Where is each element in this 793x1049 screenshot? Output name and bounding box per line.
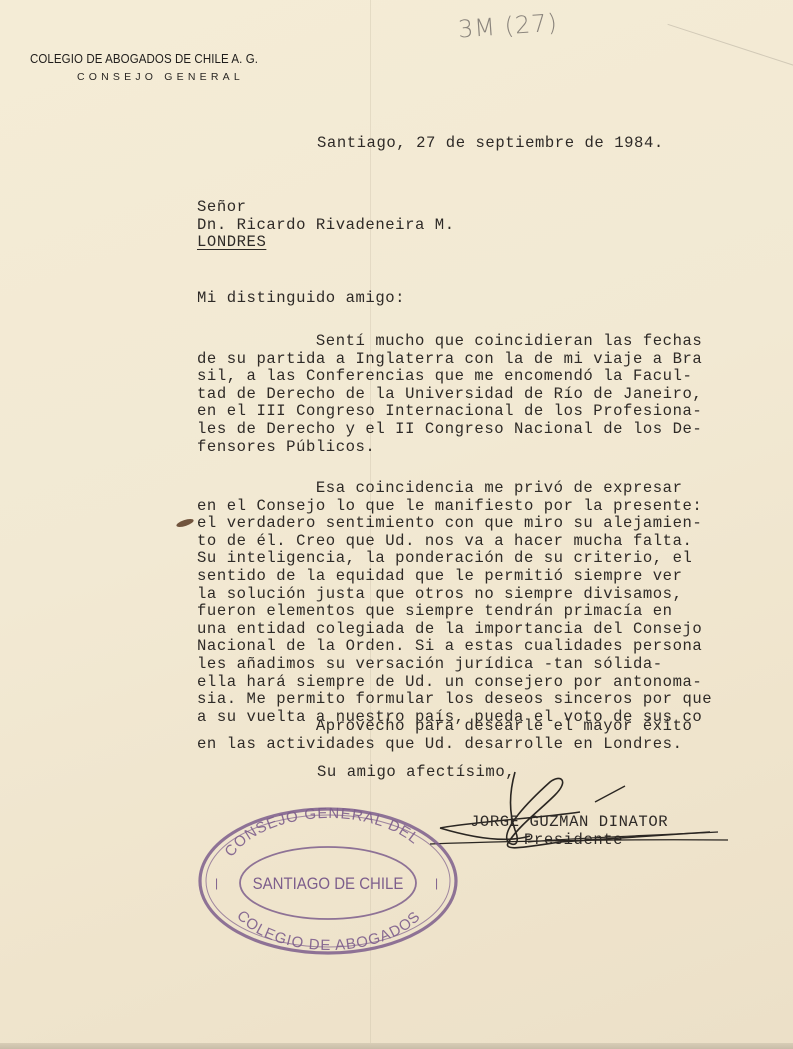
body-line: Sentí mucho que coincidieran las fechas: [197, 332, 702, 350]
page-corner-curl: [667, 0, 793, 74]
body-line: Nacional de la Orden. Si a estas cualida…: [197, 637, 702, 655]
recipient-address: Señor Dn. Ricardo Rivadeneira M. LONDRES: [197, 199, 455, 252]
letterhead-department: CONSEJO GENERAL: [77, 71, 244, 83]
stamp-left-mark: |: [215, 876, 218, 890]
body-paragraph-2: Esa coincidencia me privó de expresar en…: [197, 480, 712, 726]
stamp-top-text: CONSEJO GENERAL DEL: [221, 805, 422, 860]
body-line: la solución justa que otros no siempre d…: [197, 585, 682, 603]
body-line: tad de Derecho de la Universidad de Río …: [197, 385, 702, 403]
body-line: en las actividades que Ud. desarrolle en…: [197, 735, 682, 753]
date-line: Santiago, 27 de septiembre de 1984.: [317, 135, 664, 153]
official-seal-stamp: CONSEJO GENERAL DEL COLEGIO DE ABOGADOS …: [197, 805, 459, 955]
letterhead-organization: COLEGIO DE ABOGADOS DE CHILE A. G.: [30, 52, 258, 66]
svg-text:CONSEJO GENERAL DEL: CONSEJO GENERAL DEL: [221, 805, 422, 860]
ink-smudge: [176, 517, 195, 528]
body-line: en el III Congreso Internacional de los …: [197, 402, 702, 420]
recipient-name: Dn. Ricardo Rivadeneira M.: [197, 216, 455, 234]
body-line: Aprovecho para desearle el mayor éxito: [197, 717, 692, 735]
stamp-bottom-text: COLEGIO DE ABOGADOS: [233, 907, 424, 954]
body-paragraph-3: Aprovecho para desearle el mayor éxito e…: [197, 718, 692, 753]
body-line: sentido de la equidad que le permitió si…: [197, 567, 682, 585]
stamp-center-text: SANTIAGO DE CHILE: [253, 875, 404, 893]
stamp-right-mark: |: [435, 876, 438, 890]
body-line: sia. Me permito formular los deseos sinc…: [197, 690, 712, 708]
body-line: to de él. Creo que Ud. nos va a hacer mu…: [197, 532, 692, 550]
recipient-title: Señor: [197, 198, 247, 216]
body-line: el verdadero sentimiento con que miro su…: [197, 514, 702, 532]
salutation: Mi distinguido amigo:: [197, 290, 405, 308]
body-line: Su inteligencia, la ponderación de su cr…: [197, 549, 692, 567]
body-line: fensores Públicos.: [197, 438, 375, 456]
body-line: en el Consejo lo que le manifiesto por l…: [197, 497, 702, 515]
body-line: ella hará siempre de Ud. un consejero po…: [197, 673, 702, 691]
body-line: les de Derecho y el II Congreso Nacional…: [197, 420, 702, 438]
page-bottom-edge: [0, 1043, 793, 1049]
signer-name: JORGE GUZMAN DINATOR: [470, 814, 668, 832]
body-paragraph-1: Sentí mucho que coincidieran las fechas …: [197, 333, 702, 456]
recipient-city: LONDRES: [197, 233, 266, 251]
body-line: fueron elementos que siempre tendrán pri…: [197, 602, 673, 620]
svg-text:COLEGIO DE ABOGADOS: COLEGIO DE ABOGADOS: [233, 907, 424, 954]
body-line: de su partida a Inglaterra con la de mi …: [197, 350, 702, 368]
archive-handwritten-mark: 3M (27): [457, 9, 559, 44]
body-line: les añadimos su versación jurídica -tan …: [197, 655, 663, 673]
body-line: una entidad colegiada de la importancia …: [197, 620, 702, 638]
body-line: Esa coincidencia me privó de expresar: [197, 479, 682, 497]
body-line: sil, a las Conferencias que me encomendó…: [197, 367, 692, 385]
signature-strike-line: [430, 838, 730, 846]
